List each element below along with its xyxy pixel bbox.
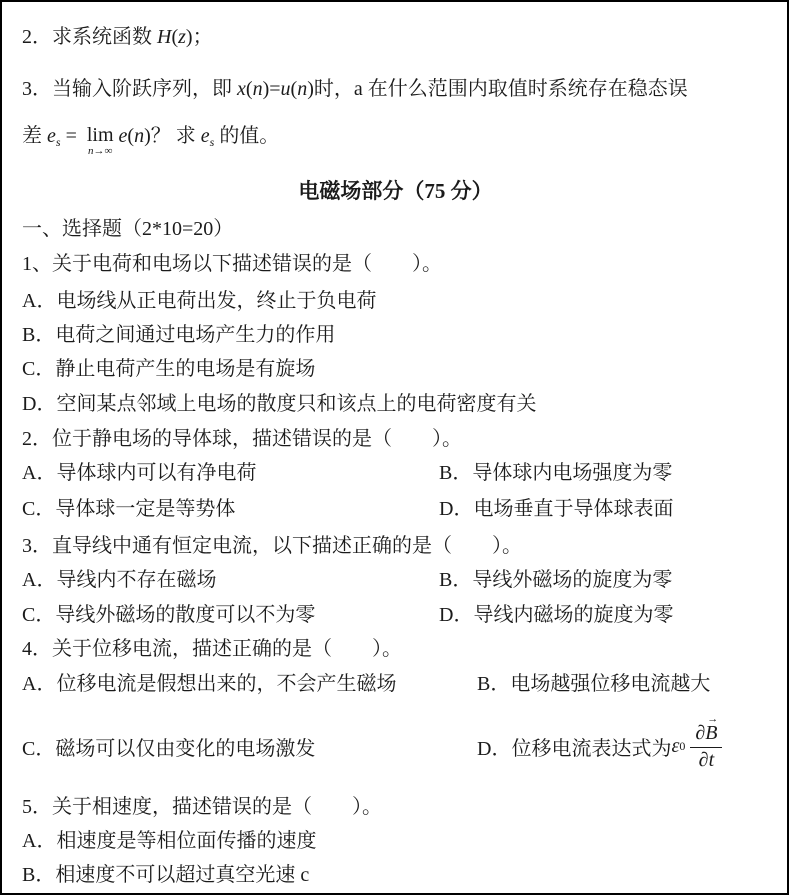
math-n: n [253, 78, 263, 100]
math-equals: = [61, 125, 82, 147]
math-rparen: ) [144, 125, 151, 147]
math-rparen: ) [186, 26, 193, 48]
math-partial: ∂ [699, 749, 709, 771]
em-q2-option-a: A．导体球内可以有净电荷 [22, 462, 256, 484]
math-epsilon-sub: 0 [679, 739, 685, 754]
math-n: n [297, 78, 307, 100]
em-q3-option-a: A．导线内不存在磁场 [22, 569, 216, 591]
limit-operator: limn→∞ [87, 125, 114, 157]
math-e: e [47, 125, 56, 147]
formula-suffix: 的值。 [214, 125, 279, 147]
dsp-q2-text: 2．求系统函数 [22, 26, 157, 48]
multiple-choice-heading: 一、选择题（2*10=20） [22, 212, 769, 246]
em-q3-option-c: C．导线外磁场的散度可以不为零 [22, 604, 315, 626]
dsp-question-3-line1: 3．当输入阶跃序列，即 x(n)=u(n)时，a 在什么范围内取值时系统存在稳态… [22, 72, 769, 106]
em-q5-option-b: B．相速度不可以超过真空光速 c [22, 858, 769, 892]
exam-page: 2．求系统函数 H(z)； 3．当输入阶跃序列，即 x(n)=u(n)时，a 在… [0, 0, 789, 895]
em-q2-option-b: B．导体球内电场强度为零 [439, 456, 672, 490]
math-e: e [201, 125, 210, 147]
math-n: n [134, 125, 144, 147]
em-section-title: 电磁场部分（75 分） [22, 174, 769, 208]
em-q1-option-c: C．静止电荷产生的电场是有旋场 [22, 352, 769, 386]
math-t: t [709, 749, 715, 771]
math-x: x [237, 78, 246, 100]
em-q4-options-row-2: C．磁场可以仅由变化的电场激发 D．位移电流表达式为 ε0∂→B∂t [22, 707, 769, 785]
steady-state-error-formula: 差 es = limn→∞e(n)？ 求 es 的值。 [22, 112, 769, 160]
dsp-question-2: 2．求系统函数 H(z)； [22, 20, 769, 54]
em-q4-option-d: D．位移电流表达式为 ε0∂→B∂t [477, 720, 722, 772]
em-question-2: 2．位于静电场的导体球，描述错误的是（ ）。 [22, 422, 769, 456]
em-question-1: 1、关于电荷和电场以下描述错误的是（ ）。 [22, 247, 769, 281]
dsp-q3-text-cont: 时，a 在什么范围内取值时系统存在稳态误 [314, 78, 688, 100]
math-H: H [157, 26, 171, 48]
vector-arrow-icon: → [707, 713, 718, 726]
em-q3-options-row-1: A．导线内不存在磁场B．导线外磁场的旋度为零 [22, 563, 769, 597]
math-u: u [281, 78, 291, 100]
em-q3-option-d: D．导线内磁场的旋度为零 [439, 598, 673, 632]
em-q3-options-row-2: C．导线外磁场的散度可以不为零D．导线内磁场的旋度为零 [22, 598, 769, 632]
em-question-4: 4．关于位移电流，描述正确的是（ ）。 [22, 632, 769, 666]
em-q4-options-row-1: A．位移电流是假想出来的，不会产生磁场B．电场越强位移电流越大 [22, 667, 769, 701]
em-q2-options-row-2: C．导体球一定是等势体D．电场垂直于导体球表面 [22, 492, 769, 526]
fraction-numerator: ∂→B [690, 720, 722, 748]
em-question-5: 5．关于相速度，描述错误的是（ ）。 [22, 790, 769, 824]
fraction-denominator: ∂t [690, 748, 722, 772]
math-z: z [178, 26, 186, 48]
math-rparen: ) [307, 78, 314, 100]
math-epsilon: ε [671, 735, 679, 758]
em-q1-option-a: A．电场线从正电荷出发，终止于负电荷 [22, 284, 769, 318]
math-equals: = [269, 78, 280, 100]
displacement-current-fraction: ∂→B∂t [690, 720, 722, 772]
em-q3-option-b: B．导线外磁场的旋度为零 [439, 563, 672, 597]
em-q4-option-a: A．位移电流是假想出来的，不会产生磁场 [22, 673, 396, 695]
vector-B: →B [705, 722, 717, 745]
formula-prefix: 差 [22, 125, 47, 147]
math-partial: ∂ [695, 722, 705, 744]
em-q4-option-d-text: D．位移电流表达式为 [477, 732, 671, 761]
dsp-q3-text: 3．当输入阶跃序列，即 [22, 78, 237, 100]
em-question-3: 3．直导线中通有恒定电流，以下描述正确的是（ ）。 [22, 529, 769, 563]
lim-label: lim [87, 125, 114, 145]
lim-subscript: n→∞ [87, 146, 114, 157]
em-q1-option-b: B．电荷之间通过电场产生力的作用 [22, 318, 769, 352]
em-q4-option-b: B．电场越强位移电流越大 [477, 667, 710, 701]
em-q2-option-d: D．电场垂直于导体球表面 [439, 492, 673, 526]
dsp-q2-end: ； [193, 26, 213, 48]
math-lparen: ( [246, 78, 253, 100]
em-q2-options-row-1: A．导体球内可以有净电荷B．导体球内电场强度为零 [22, 456, 769, 490]
em-q1-option-d: D．空间某点邻域上电场的散度只和该点上的电荷密度有关 [22, 387, 769, 421]
formula-mid-text: ？ 求 [151, 125, 201, 147]
em-q2-option-c: C．导体球一定是等势体 [22, 498, 235, 520]
em-q5-option-a: A．相速度是等相位面传播的速度 [22, 824, 769, 858]
